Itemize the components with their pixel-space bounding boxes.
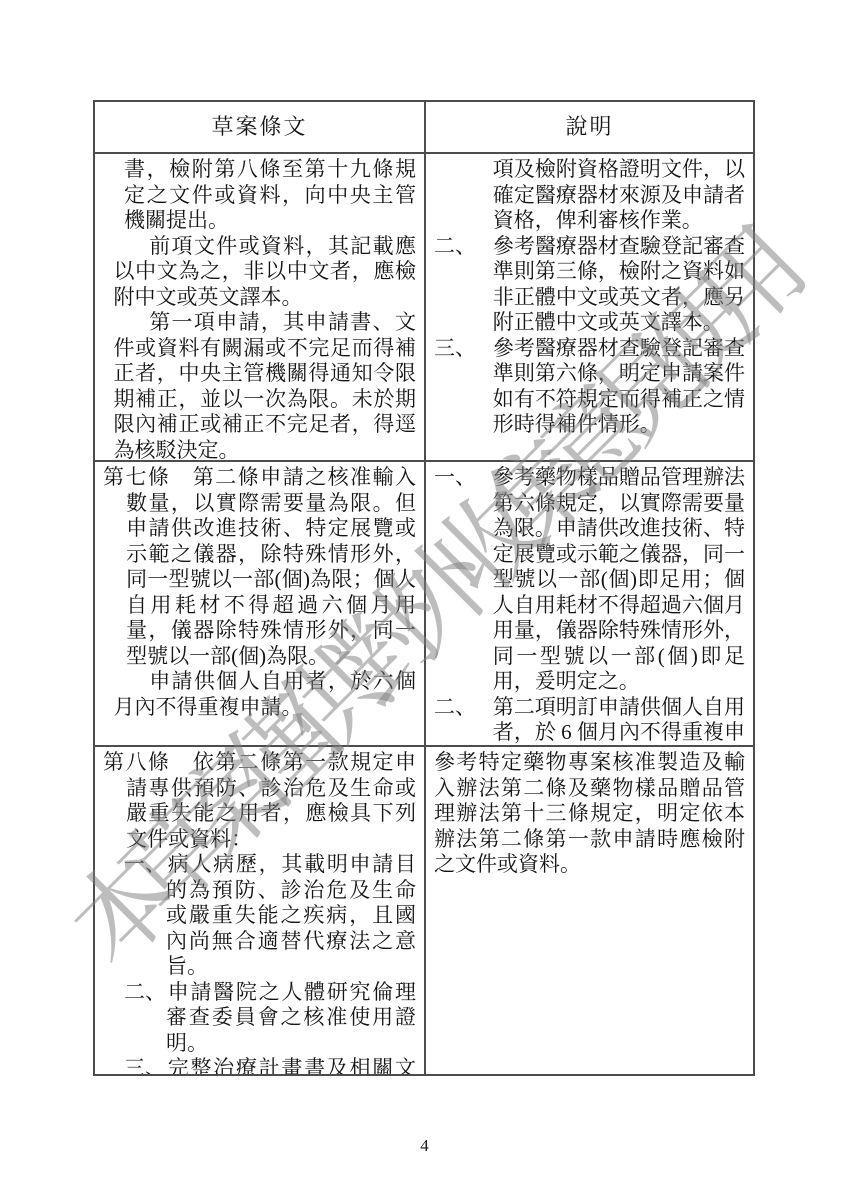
paragraph: 第七條 第二條申請之核准輸入數量，以實際需要量為限。但申請供改進技術、特定展覽或…: [103, 465, 416, 669]
paragraph: 申請供個人自用者，於六個月內不得重複申請。: [103, 669, 416, 720]
list-item: 二、申請醫院之人體研究倫理審查委員會之核准使用證明。: [103, 980, 416, 1057]
draft-cell: 第八條 依第二條第一款規定申請專供預防、診治危及生命或嚴重失能之用者，應檢具下列…: [95, 747, 426, 1074]
item-number: 一、: [124, 852, 166, 878]
list-item: 一、病人病歷，其載明申請目的為預防、診治危及生命或嚴重失能之疾病，且國內尚無合適…: [103, 852, 416, 980]
header-explanation-column: 說明: [426, 102, 753, 152]
item-number: 二、: [434, 695, 493, 721]
item-number: 一、: [434, 465, 493, 491]
list-item: 二、第二項明訂申請供個人自用者，於 6 個月內不得重複申請，俾利管理。: [434, 695, 745, 746]
paragraph: 前項文件或資料，其記載應以中文為之，非以中文者，應檢附中文或英文譯本。: [103, 234, 416, 311]
header-draft-column: 草案條文: [95, 102, 426, 152]
draft-cell: 書，檢附第八條至第十九條規定之文件或資料，向中央主管機關提出。 前項文件或資料，…: [95, 154, 426, 460]
table-row: 第七條 第二條申請之核准輸入數量，以實際需要量為限。但申請供改進技術、特定展覽或…: [95, 460, 753, 745]
document-page: 草案條文 說明 書，檢附第八條至第十九條規定之文件或資料，向中央主管機關提出。 …: [0, 0, 849, 1200]
draft-cell: 第七條 第二條申請之核准輸入數量，以實際需要量為限。但申請供改進技術、特定展覽或…: [95, 462, 426, 745]
item-number: 二、: [124, 980, 166, 1006]
item-number: 二、: [434, 234, 493, 260]
paragraph: 第八條 依第二條第一款規定申請專供預防、診治危及生命或嚴重失能之用者，應檢具下列…: [103, 750, 416, 852]
draft-comparison-table: 草案條文 說明 書，檢附第八條至第十九條規定之文件或資料，向中央主管機關提出。 …: [93, 100, 755, 1076]
table-header-row: 草案條文 說明: [95, 102, 753, 152]
item-number: 三、: [434, 336, 493, 362]
explanation-cell: 參考特定藥物專案核准製造及輸入辦法第二條及藥物樣品贈品管理辦法第十三條規定，明定…: [426, 747, 753, 1074]
paragraph: 參考特定藥物專案核准製造及輸入辦法第二條及藥物樣品贈品管理辦法第十三條規定，明定…: [434, 750, 745, 878]
table-row: 第八條 依第二條第一款規定申請專供預防、診治危及生命或嚴重失能之用者，應檢具下列…: [95, 745, 753, 1074]
list-item: 二、參考醫療器材查驗登記審查準則第三條，檢附之資料如非正體中文或英文者，應另附正…: [434, 234, 745, 336]
paragraph: 第一項申請，其申請書、文件或資料有闕漏或不完足而得補正者，中央主管機關得通知令限…: [103, 310, 416, 460]
explanation-cell: 項及檢附資格證明文件，以確定醫療器材來源及申請者資格，俾利審核作業。 二、參考醫…: [426, 154, 753, 460]
paragraph: 書，檢附第八條至第十九條規定之文件或資料，向中央主管機關提出。: [103, 157, 416, 234]
item-text: 第二項明訂申請供個人自用者，於 6 個月內不得重複申請，俾利管理。: [493, 695, 745, 746]
page-number: 4: [0, 1136, 849, 1156]
item-number: 三、: [124, 1056, 166, 1074]
item-text: 完整治療計畫書及相關文獻依據。: [166, 1056, 416, 1074]
paragraph: 項及檢附資格證明文件，以確定醫療器材來源及申請者資格，俾利審核作業。: [434, 157, 745, 234]
item-text: 參考醫療器材查驗登記審查準則第三條，檢附之資料如非正體中文或英文者，應另附正體中…: [493, 234, 745, 335]
explanation-cell: 一、參考藥物樣品贈品管理辦法第六條規定，以實際需要量為限。申請供改進技術、特定展…: [426, 462, 753, 745]
list-item: 三、參考醫療器材查驗登記審查準則第六條，明定申請案件如有不符規定而得補正之情形時…: [434, 336, 745, 438]
item-text: 病人病歷，其載明申請目的為預防、診治危及生命或嚴重失能之疾病，且國內尚無合適替代…: [166, 852, 416, 978]
list-item: 一、參考藥物樣品贈品管理辦法第六條規定，以實際需要量為限。申請供改進技術、特定展…: [434, 465, 745, 695]
item-text: 參考藥物樣品贈品管理辦法第六條規定，以實際需要量為限。申請供改進技術、特定展覽或…: [493, 465, 745, 693]
list-item: 三、完整治療計畫書及相關文獻依據。: [103, 1056, 416, 1074]
item-text: 參考醫療器材查驗登記審查準則第六條，明定申請案件如有不符規定而得補正之情形時得補…: [493, 336, 745, 437]
table-row: 書，檢附第八條至第十九條規定之文件或資料，向中央主管機關提出。 前項文件或資料，…: [95, 152, 753, 460]
item-text: 申請醫院之人體研究倫理審查委員會之核准使用證明。: [166, 980, 416, 1055]
